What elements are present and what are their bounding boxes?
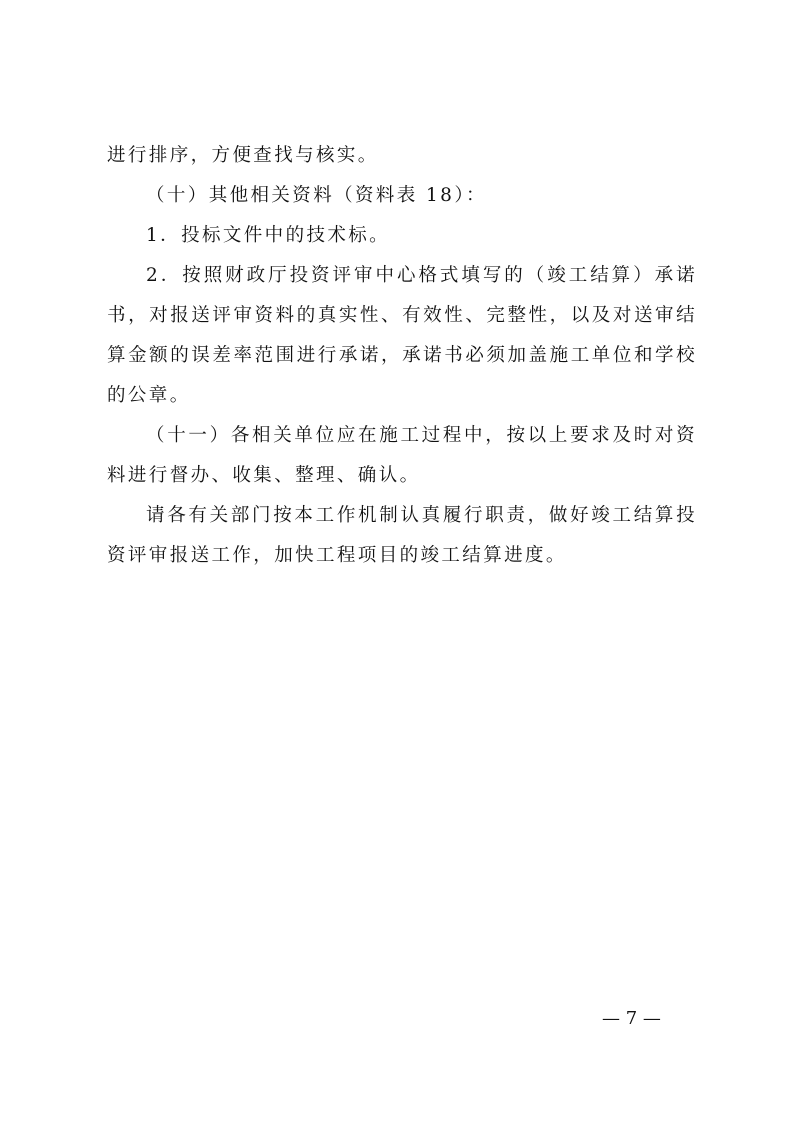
list-item-2-line-3: 算金额的误差率范围进行承诺，承诺书必须加盖施工单位和学校 (107, 344, 697, 368)
section-heading-10: （十）其他相关资料（资料表 18）： (146, 184, 697, 208)
closing-paragraph-line-1: 请各有关部门按本工作机制认真履行职责，做好竣工结算投 (146, 504, 697, 528)
section-11-line-2: 料进行督办、收集、整理、确认。 (107, 464, 697, 488)
list-item-2-line-1: 2．按照财政厅投资评审中心格式填写的（竣工结算）承诺 (146, 264, 697, 288)
list-item-2-line-4: 的公章。 (107, 384, 697, 408)
list-item-1: 1．投标文件中的技术标。 (146, 224, 697, 248)
page-number: — 7 — (602, 1008, 661, 1029)
document-page: 进行排序，方便查找与核实。 （十）其他相关资料（资料表 18）： 1．投标文件中… (0, 0, 793, 1122)
closing-paragraph-line-2: 资评审报送工作，加快工程项目的竣工结算进度。 (107, 544, 697, 568)
list-item-2-line-2: 书，对报送评审资料的真实性、有效性、完整性，以及对送审结 (107, 304, 697, 328)
section-11-line-1: （十一）各相关单位应在施工过程中，按以上要求及时对资 (146, 424, 697, 448)
paragraph-line: 进行排序，方便查找与核实。 (107, 144, 697, 168)
